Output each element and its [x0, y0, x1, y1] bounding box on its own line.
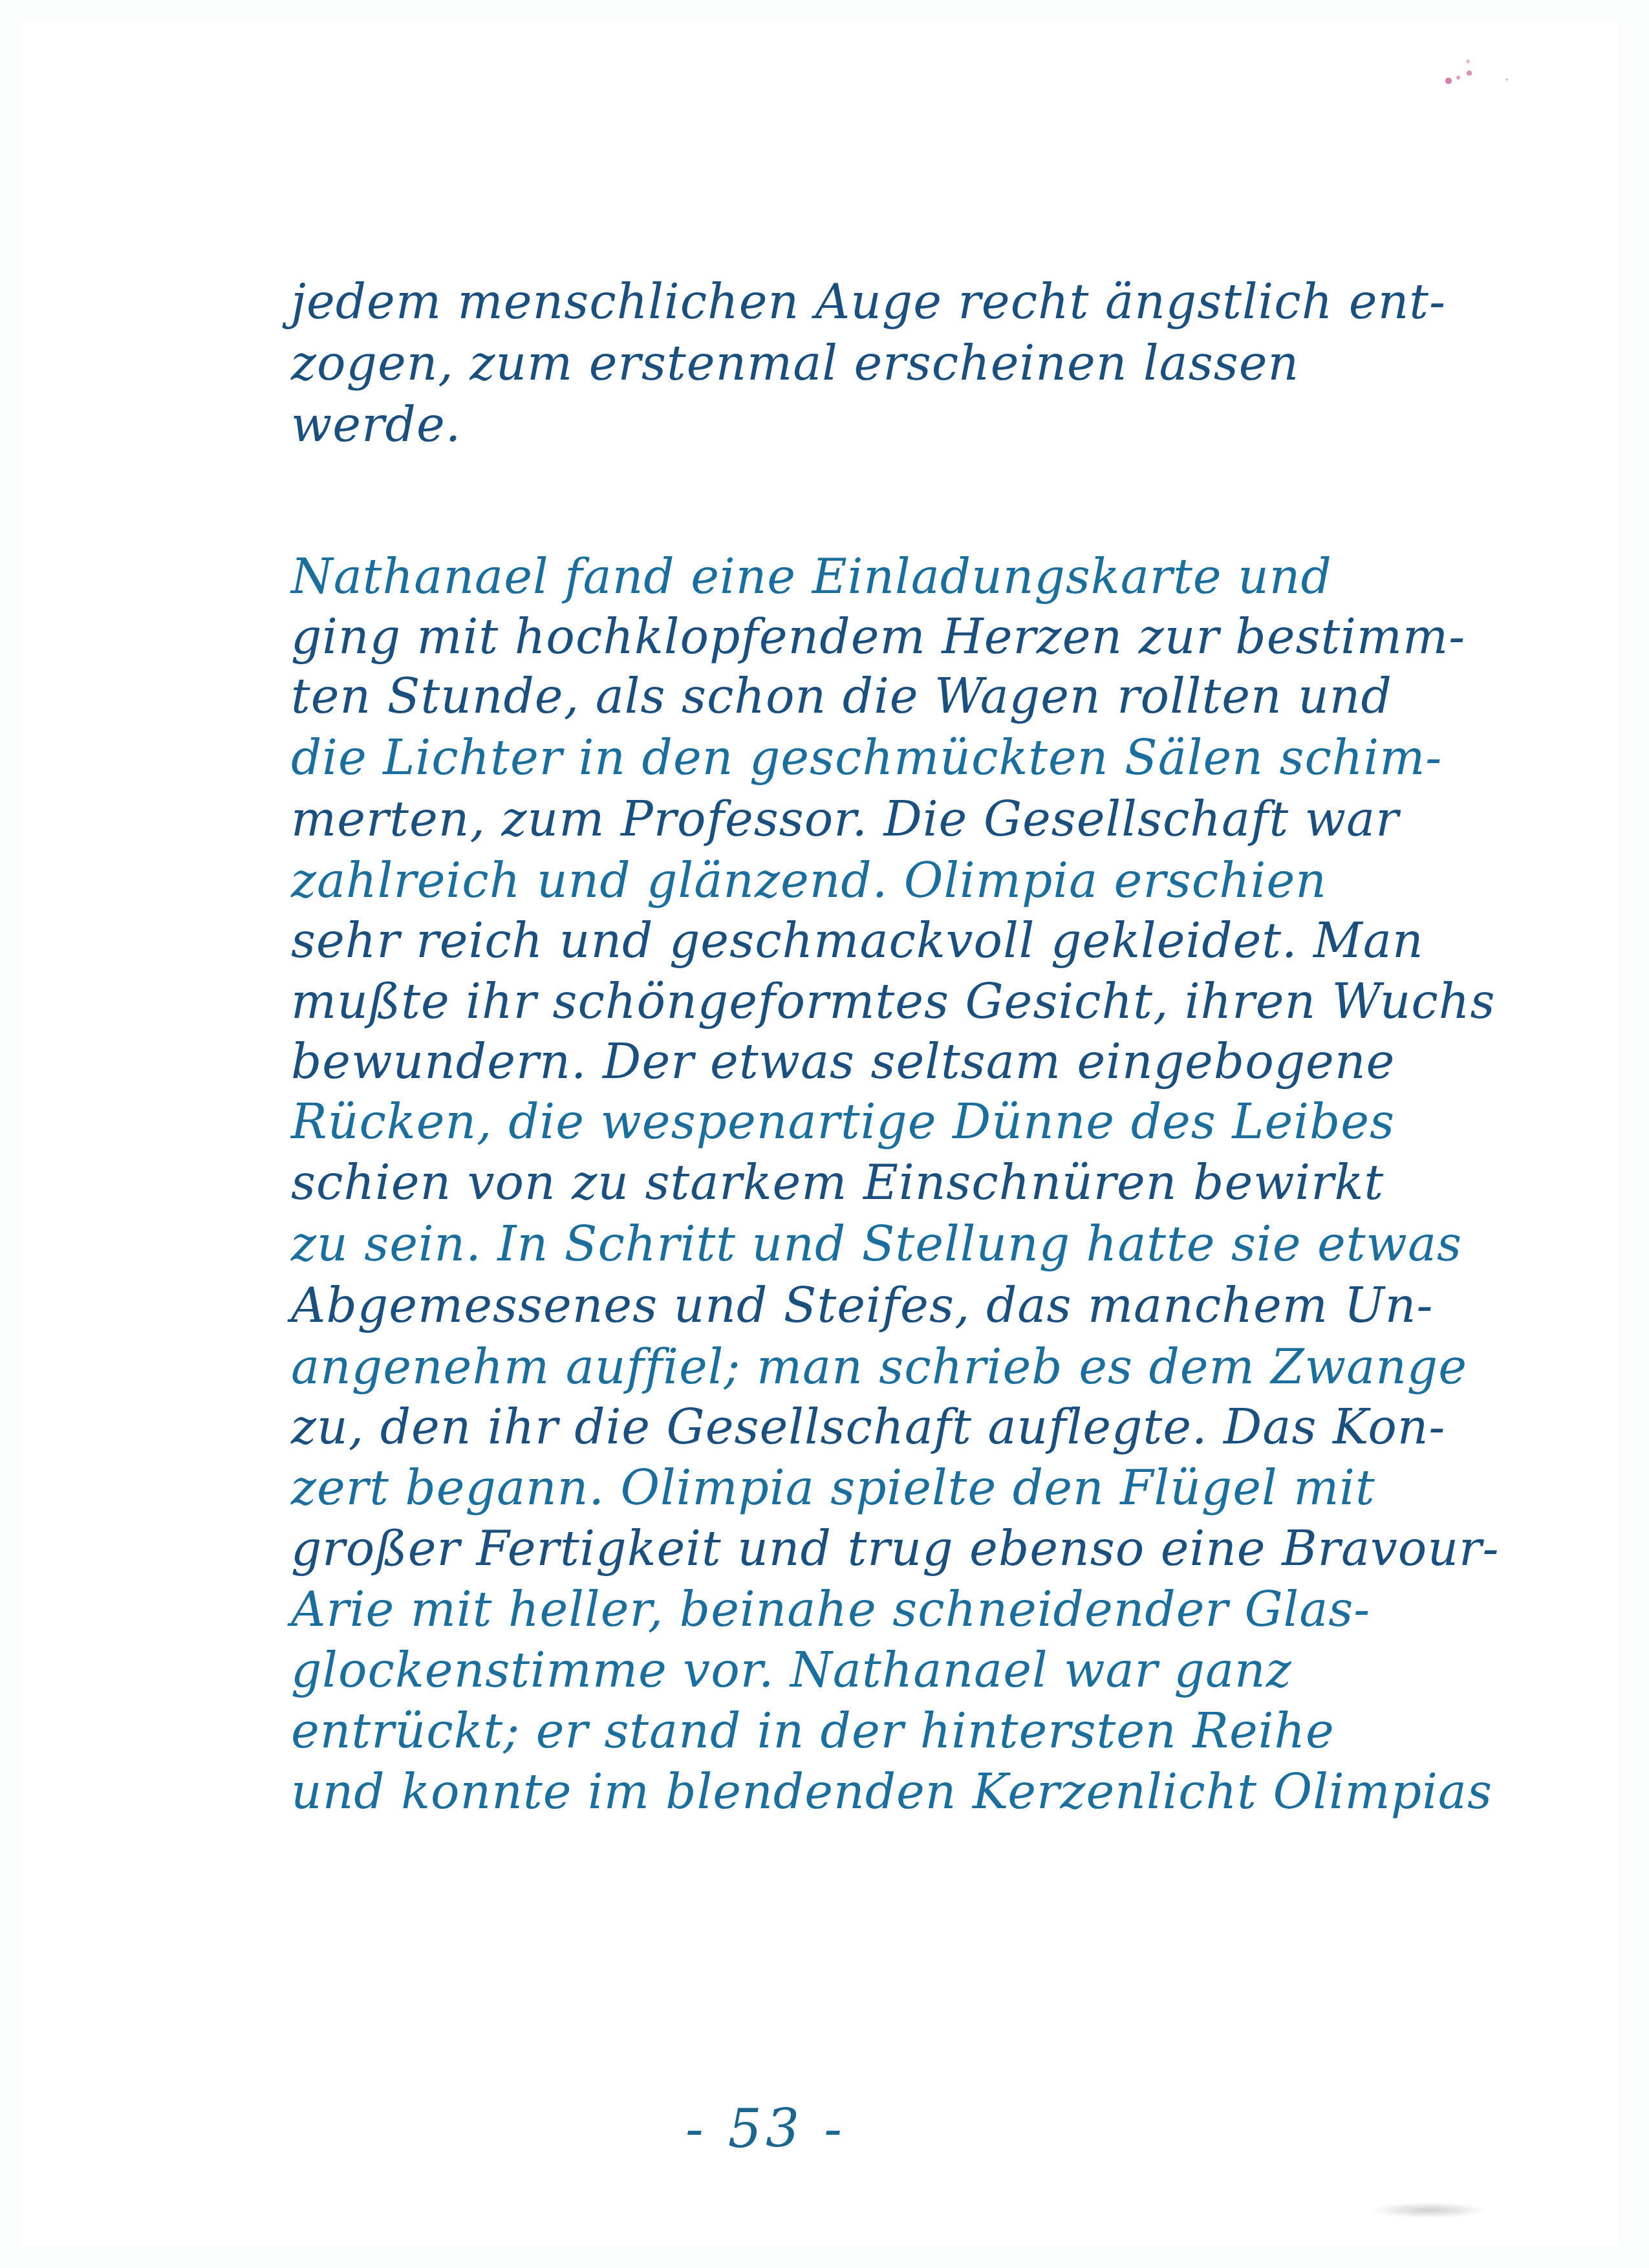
- ink-speckle-marks: [1429, 55, 1539, 94]
- text-line: merten, zum Professor. Die Gesellschaft …: [291, 795, 1399, 843]
- page-number: - 53 -: [685, 2099, 846, 2160]
- text-line: Abgemessenes und Steifes, das manchem Un…: [291, 1282, 1434, 1330]
- text-line: zahlreich und glänzend. Olimpia erschien: [291, 857, 1327, 905]
- text-line: großer Fertigkeit und trug ebenso eine B…: [291, 1525, 1499, 1573]
- text-line: sehr reich und geschmackvoll gekleidet. …: [291, 917, 1424, 965]
- text-line: zu, den ihr die Gesellschaft auflegte. D…: [291, 1403, 1446, 1451]
- text-line: Rücken, die wespenartige Dünne des Leibe…: [291, 1098, 1395, 1146]
- text-line: entrückt; er stand in der hintersten Rei…: [291, 1707, 1335, 1755]
- text-line: mußte ihr schöngeformtes Gesicht, ihren …: [291, 978, 1495, 1026]
- text-line: glockenstimme vor. Nathanael war ganz: [291, 1647, 1292, 1694]
- text-line: angenehm auffiel; man schrieb es dem Zwa…: [291, 1343, 1467, 1391]
- text-line: Arie mit heller, beinahe schneidender Gl…: [291, 1586, 1370, 1634]
- text-line: ten Stunde, als schon die Wagen rollten …: [291, 673, 1392, 720]
- text-line: bewundern. Der etwas seltsam eingebogene: [291, 1038, 1395, 1086]
- text-line: jedem menschlichen Auge recht ängstlich …: [291, 278, 1446, 326]
- text-line: zert begann. Olimpia spielte den Flügel …: [291, 1464, 1375, 1512]
- text-line: ging mit hochklopfendem Herzen zur besti…: [291, 613, 1465, 661]
- text-line: und konnte im blendenden Kerzenlicht Oli…: [291, 1768, 1493, 1816]
- text-line: die Lichter in den geschmückten Sälen sc…: [291, 734, 1442, 782]
- text-line: zu sein. In Schritt und Stellung hatte s…: [291, 1220, 1462, 1268]
- text-line: schien von zu starkem Einschnüren bewirk…: [291, 1159, 1384, 1207]
- text-line: zogen, zum erstenmal erscheinen lassen: [291, 340, 1299, 387]
- scan-smudge: [1371, 2202, 1487, 2218]
- text-line: Nathanael fand eine Einladungskarte und: [291, 553, 1332, 601]
- text-line: werde.: [291, 401, 461, 449]
